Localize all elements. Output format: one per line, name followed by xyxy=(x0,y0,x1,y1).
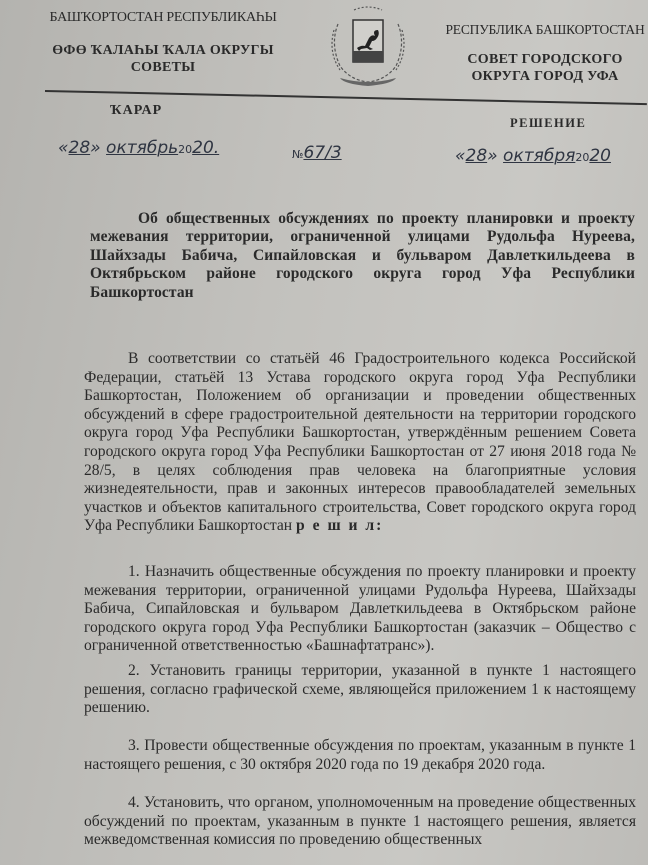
quote-close: » xyxy=(487,146,498,166)
date-left-year-prefix: 20 xyxy=(178,143,192,156)
number-sign: № xyxy=(292,148,303,161)
header-bashkir: БАШҠОРТОСТАН РЕСПУБЛИКАҺЫ ӨФӨ ҠАЛАҺЫ ҠАЛ… xyxy=(48,10,278,76)
quote-open: « xyxy=(58,138,69,158)
date-left: «28» октябрь2020. xyxy=(58,138,219,158)
doc-type-bashkir: ҠАРАР xyxy=(110,103,162,119)
date-right-day: 28 xyxy=(466,146,488,166)
item-1: 1. Назначить общественные обсуждения по … xyxy=(84,563,636,656)
item-4: 4. Установить, что органом, уполномоченн… xyxy=(84,794,636,850)
number-value: 67/3 xyxy=(303,143,341,163)
document-page: БАШҠОРТОСТАН РЕСПУБЛИКАҺЫ ӨФӨ ҠАЛАҺЫ ҠАЛ… xyxy=(0,0,648,865)
ufa-coat-of-arms-icon xyxy=(324,4,412,90)
header-russian: РЕСПУБЛИКА БАШКОРТОСТАН СОВЕТ ГОРОДСКОГО… xyxy=(440,22,648,85)
decision-word: р е ш и л: xyxy=(296,517,383,534)
date-left-year: 20. xyxy=(192,138,219,158)
quote-open: « xyxy=(455,146,466,166)
preamble-text: В соответствии со статьёй 46 Градостроит… xyxy=(84,350,636,534)
doc-type-russian: РЕШЕНИЕ xyxy=(510,116,586,131)
header-right-council: СОВЕТ ГОРОДСКОГО ОКРУГА ГОРОД УФА xyxy=(440,51,648,85)
date-left-month: октябрь xyxy=(106,138,178,158)
date-right-month: октября xyxy=(503,146,575,166)
date-right: «28» октября2020 xyxy=(455,146,611,166)
date-right-year: 20 xyxy=(589,146,611,166)
preamble-paragraph: В соответствии со статьёй 46 Градостроит… xyxy=(84,350,636,536)
date-right-year-prefix: 20 xyxy=(575,151,589,164)
header-right-republic: РЕСПУБЛИКА БАШКОРТОСТАН xyxy=(440,22,648,38)
date-left-day: 28 xyxy=(69,138,91,158)
item-2: 2. Установить границы территории, указан… xyxy=(84,662,636,718)
document-title: Об общественных обсуждениях по проекту п… xyxy=(90,210,635,302)
header-left-council: ӨФӨ ҠАЛАҺЫ ҠАЛА ОКРУГЫ СОВЕТЫ xyxy=(48,42,278,76)
quote-close: » xyxy=(90,138,101,158)
decision-number: №67/3 xyxy=(292,143,342,163)
item-3: 3. Провести общественные обсуждения по п… xyxy=(84,737,636,774)
header-left-republic: БАШҠОРТОСТАН РЕСПУБЛИКАҺЫ xyxy=(48,10,278,26)
